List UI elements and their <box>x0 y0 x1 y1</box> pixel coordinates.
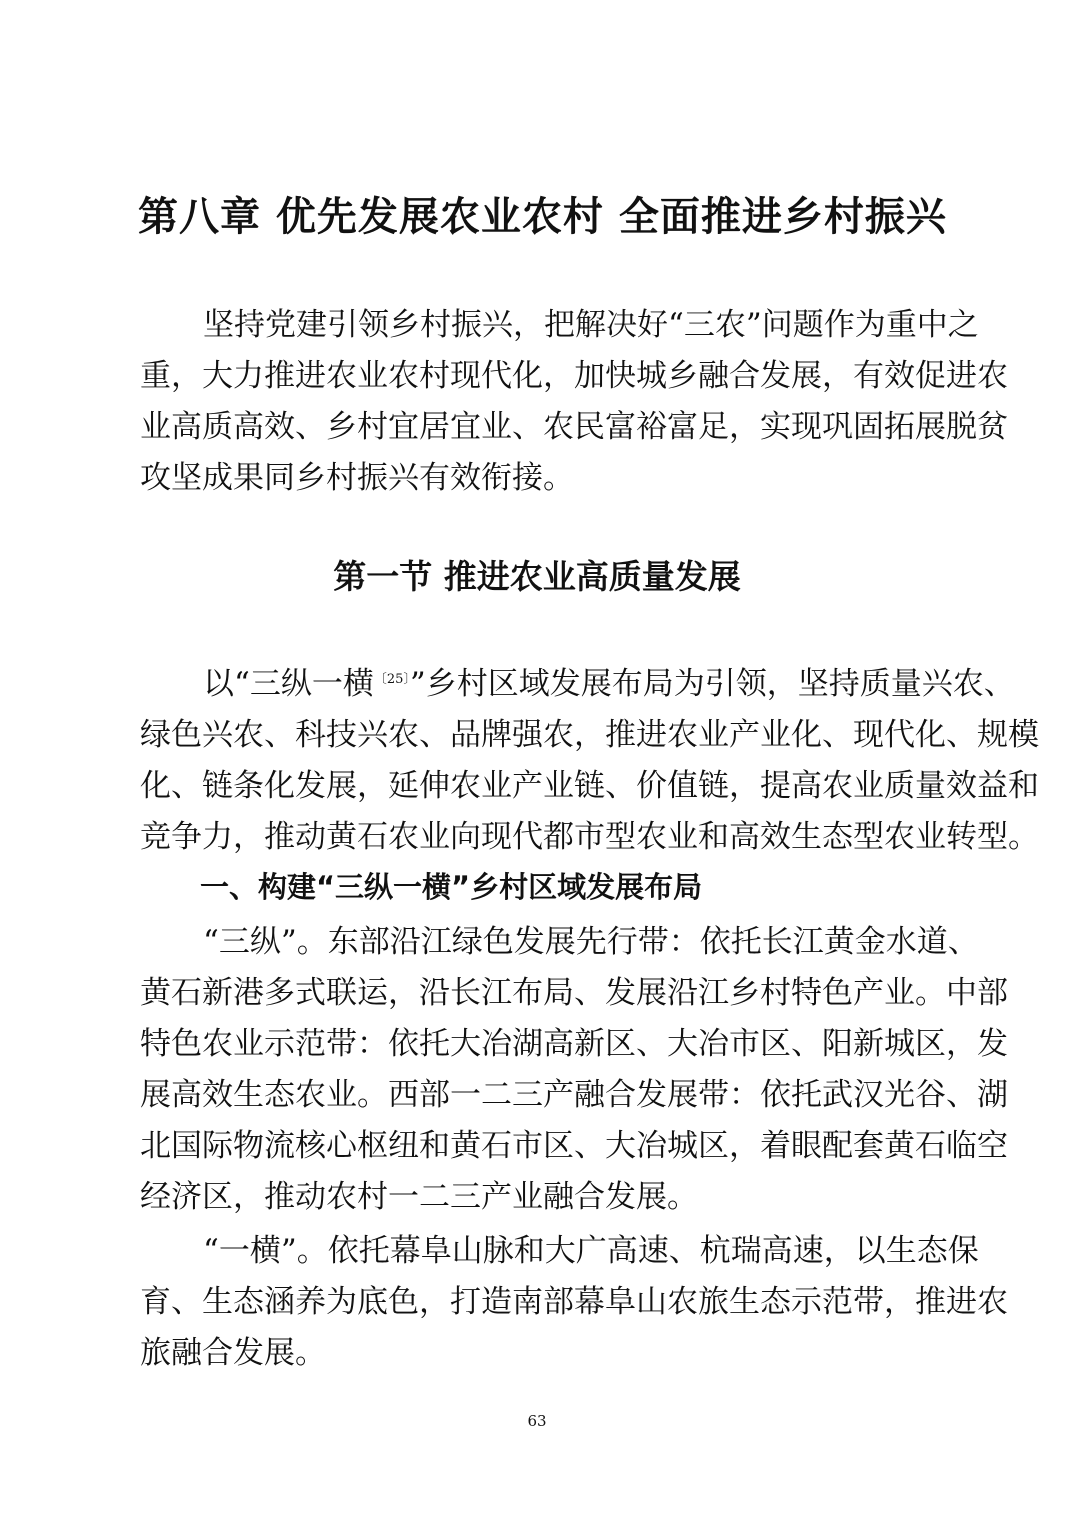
paragraph-line: “一横”。依托幕阜山脉和大广高速、杭瑞高速，以生态保 <box>203 1231 940 1271</box>
line-text: 以“三纵一横 <box>203 666 374 702</box>
paragraph-line: 以“三纵一横〔25〕”乡村区域发展布局为引领，坚持质量兴农、 <box>203 664 940 704</box>
paragraph-line: 业高质高效、乡村宜居宜业、农民富裕富足，实现巩固拓展脱贫 <box>140 407 940 447</box>
paragraph-line: 育、生态涵养为底色，打造南部幕阜山农旅生态示范带，推进农 <box>140 1282 940 1322</box>
paragraph-line: 攻坚成果同乡村振兴有效衔接。 <box>140 458 940 498</box>
line-text: ”乡村区域发展布局为引领，坚持质量兴农、 <box>410 666 1015 702</box>
paragraph-line: 展高效生态农业。西部一二三产融合发展带：依托武汉光谷、湖 <box>140 1075 940 1115</box>
chapter-title: 第八章 优先发展农业农村 全面推进乡村振兴 <box>138 192 938 242</box>
paragraph-line: 化、链条化发展，延伸农业产业链、价值链，提高农业质量效益和 <box>140 766 940 806</box>
section-title: 第一节 推进农业高质量发展 <box>0 555 1074 599</box>
paragraph-line: 特色农业示范带：依托大冶湖高新区、大冶市区、阳新城区，发 <box>140 1024 940 1064</box>
footnote-ref[interactable]: 〔25〕 <box>374 672 410 687</box>
paragraph-line: “三纵”。东部沿江绿色发展先行带：依托长江黄金水道、 <box>203 922 940 962</box>
paragraph-line: 绿色兴农、科技兴农、品牌强农，推进农业产业化、现代化、规模 <box>140 715 940 755</box>
paragraph-line: 重，大力推进农业农村现代化，加快城乡融合发展，有效促进农 <box>140 356 940 396</box>
paragraph-line: 旅融合发展。 <box>140 1333 940 1373</box>
subheading: 一、构建“三纵一横”乡村区域发展布局 <box>200 867 702 907</box>
paragraph-line: 北国际物流核心枢纽和黄石市区、大冶城区，着眼配套黄石临空 <box>140 1126 940 1166</box>
page-number: 63 <box>0 1412 1074 1430</box>
paragraph-line: 坚持党建引领乡村振兴，把解决好“三农”问题作为重中之 <box>203 305 940 345</box>
paragraph-line: 竞争力，推动黄石农业向现代都市型农业和高效生态型农业转型。 <box>140 817 940 857</box>
paragraph-line: 经济区，推动农村一二三产业融合发展。 <box>140 1177 940 1217</box>
paragraph-line: 黄石新港多式联运，沿长江布局、发展沿江乡村特色产业。中部 <box>140 973 940 1013</box>
